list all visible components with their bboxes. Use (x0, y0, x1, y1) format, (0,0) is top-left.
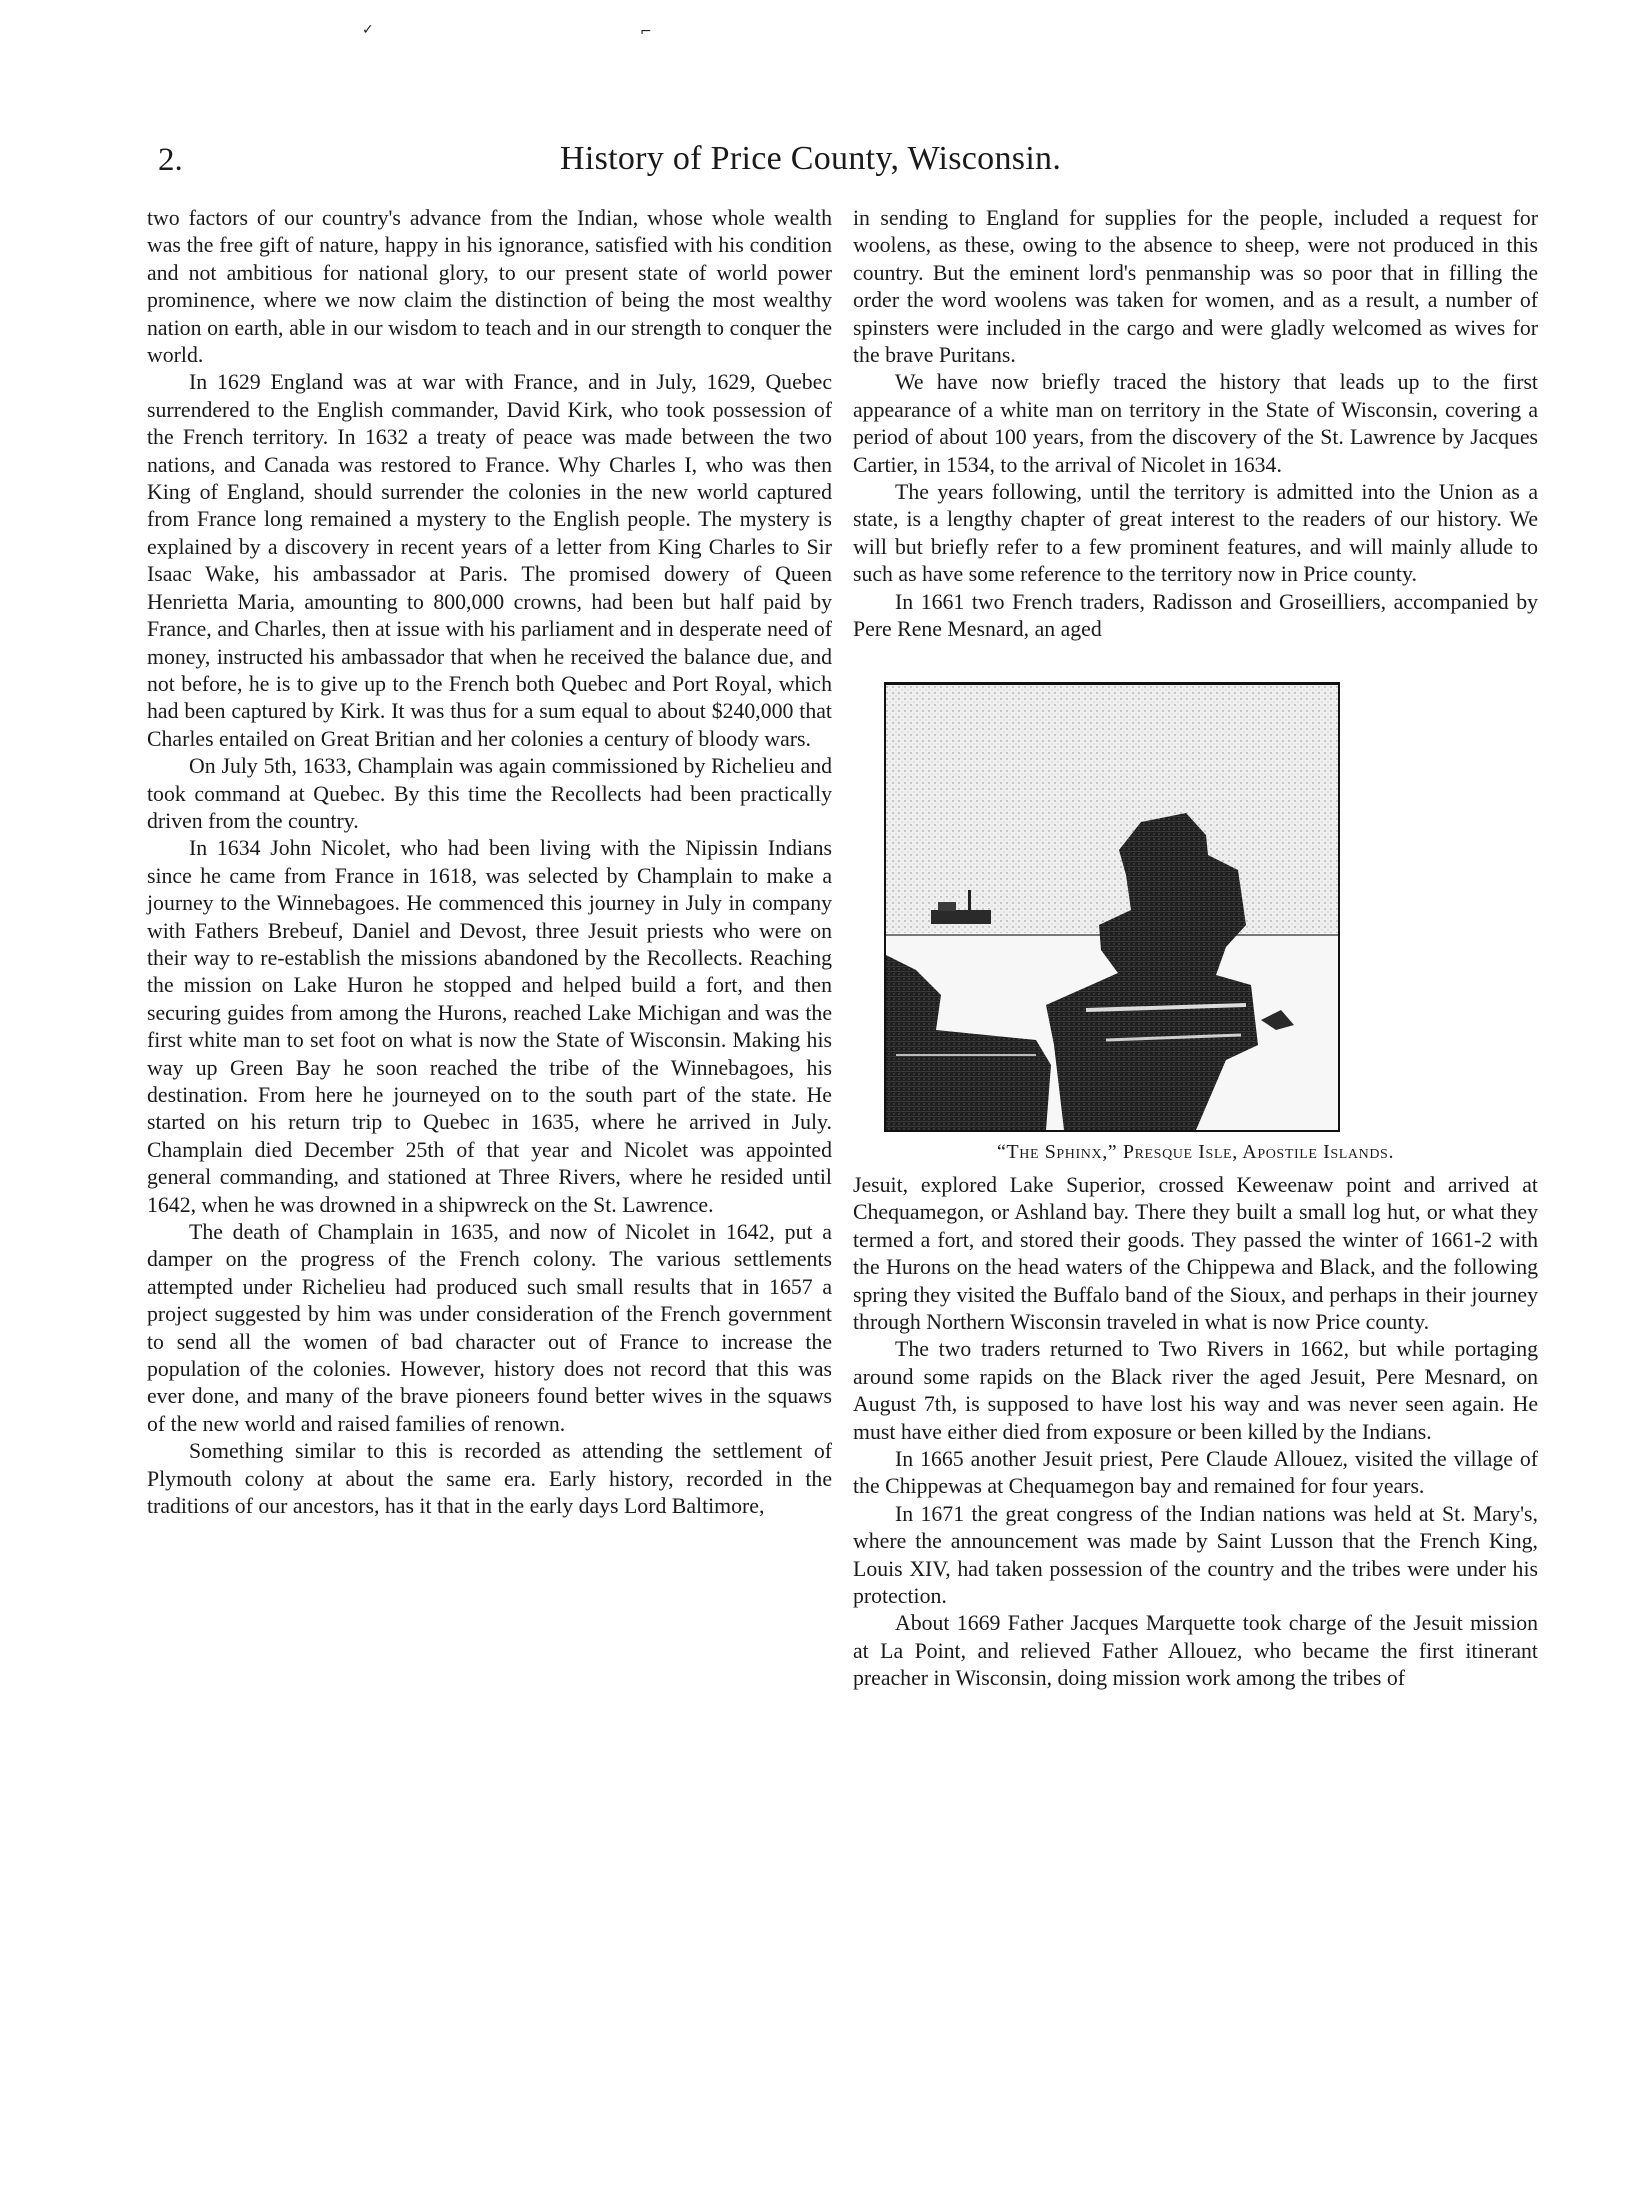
paragraph: In 1629 England was at war with France, … (147, 369, 832, 753)
left-column: two factors of our country's advance fro… (147, 205, 832, 1521)
paragraph: The years following, until the territory… (853, 479, 1538, 589)
photo-illustration (886, 685, 1338, 1130)
paragraph: In 1671 the great congress of the Indian… (853, 1501, 1538, 1611)
paragraph: In 1634 John Nicolet, who had been livin… (147, 835, 832, 1219)
page-number: 2. (158, 142, 183, 179)
paragraph: About 1669 Father Jacques Marquette took… (853, 1610, 1538, 1692)
paragraph: Jesuit, explored Lake Superior, crossed … (853, 1172, 1538, 1336)
scan-artifact-mark: ✓ (362, 22, 374, 38)
paragraph: two factors of our country's advance fro… (147, 205, 832, 369)
paragraph: The death of Champlain in 1635, and now … (147, 1219, 832, 1438)
running-title: History of Price County, Wisconsin. (560, 140, 1180, 178)
paragraph: The two traders returned to Two Rivers i… (853, 1336, 1538, 1446)
paragraph: We have now briefly traced the history t… (853, 369, 1538, 479)
right-column: in sending to England for supplies for t… (853, 205, 1538, 1693)
paragraph: In 1661 two French traders, Radisson and… (853, 589, 1538, 644)
paragraph: On July 5th, 1633, Champlain was again c… (147, 753, 832, 835)
figure-caption: “The Sphinx,” Presque Isle, Apostile Isl… (853, 1139, 1538, 1166)
paragraph: In 1665 another Jesuit priest, Pere Clau… (853, 1446, 1538, 1501)
scan-artifact-mark: ⌐ (640, 24, 652, 40)
paragraph: Something similar to this is recorded as… (147, 1438, 832, 1520)
sphinx-rock-photo (884, 682, 1340, 1132)
figure (853, 682, 1538, 1129)
paragraph: in sending to England for supplies for t… (853, 205, 1538, 369)
scanned-book-page: ✓ ⌐ 2. History of Price County, Wisconsi… (0, 0, 1646, 2211)
